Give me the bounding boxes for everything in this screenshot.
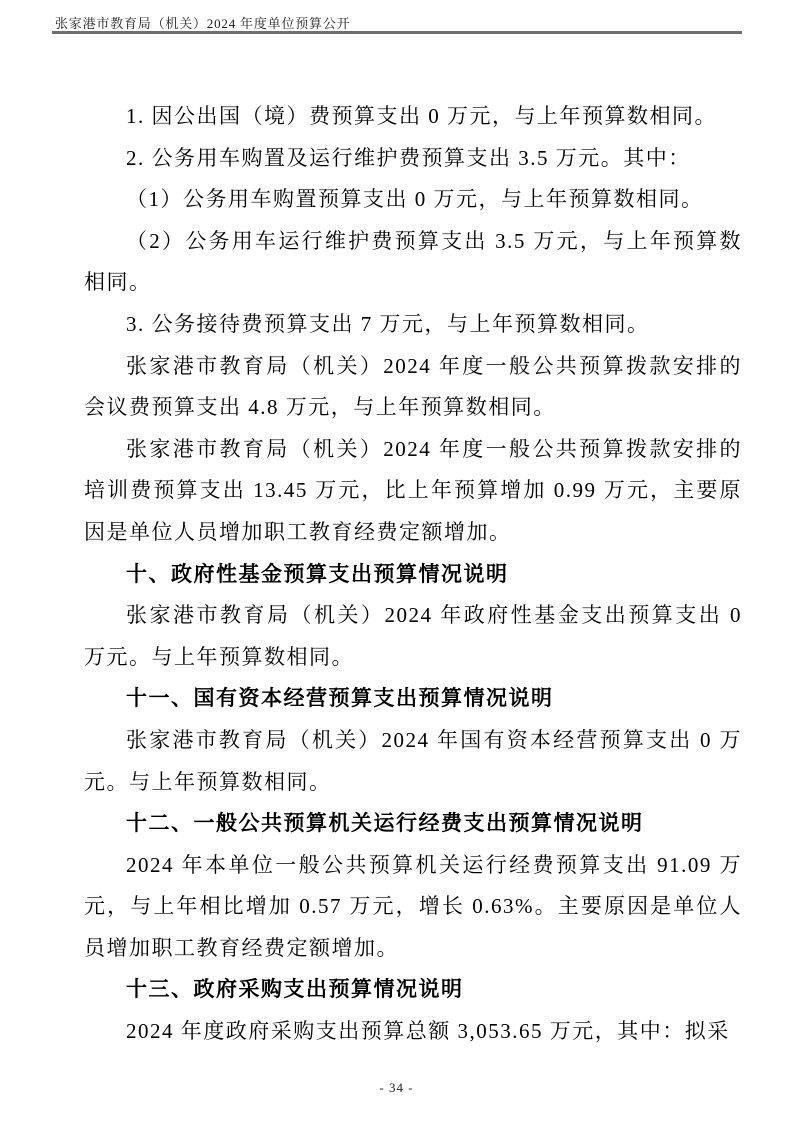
- paragraph-vehicle-purchase-expense: （1）公务用车购置预算支出 0 万元，与上年预算数相同。: [84, 179, 742, 221]
- section-heading-13-procurement: 十三、政府采购支出预算情况说明: [84, 969, 742, 1011]
- document-page: 张家港市教育局（机关）2024 年度单位预算公开 1. 因公出国（境）费预算支出…: [0, 0, 793, 1122]
- page-number: - 34 -: [0, 1080, 793, 1096]
- paragraph-training-expense: 张家港市教育局（机关）2024 年度一般公共预算拨款安排的培训费预算支出 13.…: [84, 429, 742, 554]
- paragraph-vehicle-operation-expense: （2）公务用车运行维护费预算支出 3.5 万元，与上年预算数相同。: [84, 221, 742, 304]
- header-rule: [52, 31, 742, 34]
- paragraph-official-reception-expense: 3. 公务接待费预算支出 7 万元，与上年预算数相同。: [84, 304, 742, 346]
- section-heading-12-operating-expense: 十二、一般公共预算机关运行经费支出预算情况说明: [84, 803, 742, 845]
- paragraph-state-capital-budget: 张家港市教育局（机关）2024 年国有资本经营预算支出 0 万元。与上年预算数相…: [84, 720, 742, 803]
- paragraph-meeting-expense: 张家港市教育局（机关）2024 年度一般公共预算拨款安排的会议费预算支出 4.8…: [84, 346, 742, 429]
- page-header-title: 张家港市教育局（机关）2024 年度单位预算公开: [55, 13, 350, 32]
- paragraph-official-vehicle-expense: 2. 公务用车购置及运行维护费预算支出 3.5 万元。其中：: [84, 138, 742, 180]
- section-heading-11-state-capital: 十一、国有资本经营预算支出预算情况说明: [84, 678, 742, 720]
- paragraph-travel-abroad-expense: 1. 因公出国（境）费预算支出 0 万元，与上年预算数相同。: [84, 96, 742, 138]
- paragraph-operating-expense-budget: 2024 年本单位一般公共预算机关运行经费预算支出 91.09 万元，与上年相比…: [84, 845, 742, 970]
- document-body: 1. 因公出国（境）费预算支出 0 万元，与上年预算数相同。 2. 公务用车购置…: [84, 96, 742, 1053]
- paragraph-government-fund-budget: 张家港市教育局（机关）2024 年政府性基金支出预算支出 0 万元。与上年预算数…: [84, 595, 742, 678]
- section-heading-10-government-fund: 十、政府性基金预算支出预算情况说明: [84, 554, 742, 596]
- paragraph-procurement-budget: 2024 年度政府采购支出预算总额 3,053.65 万元，其中：拟采: [84, 1011, 742, 1053]
